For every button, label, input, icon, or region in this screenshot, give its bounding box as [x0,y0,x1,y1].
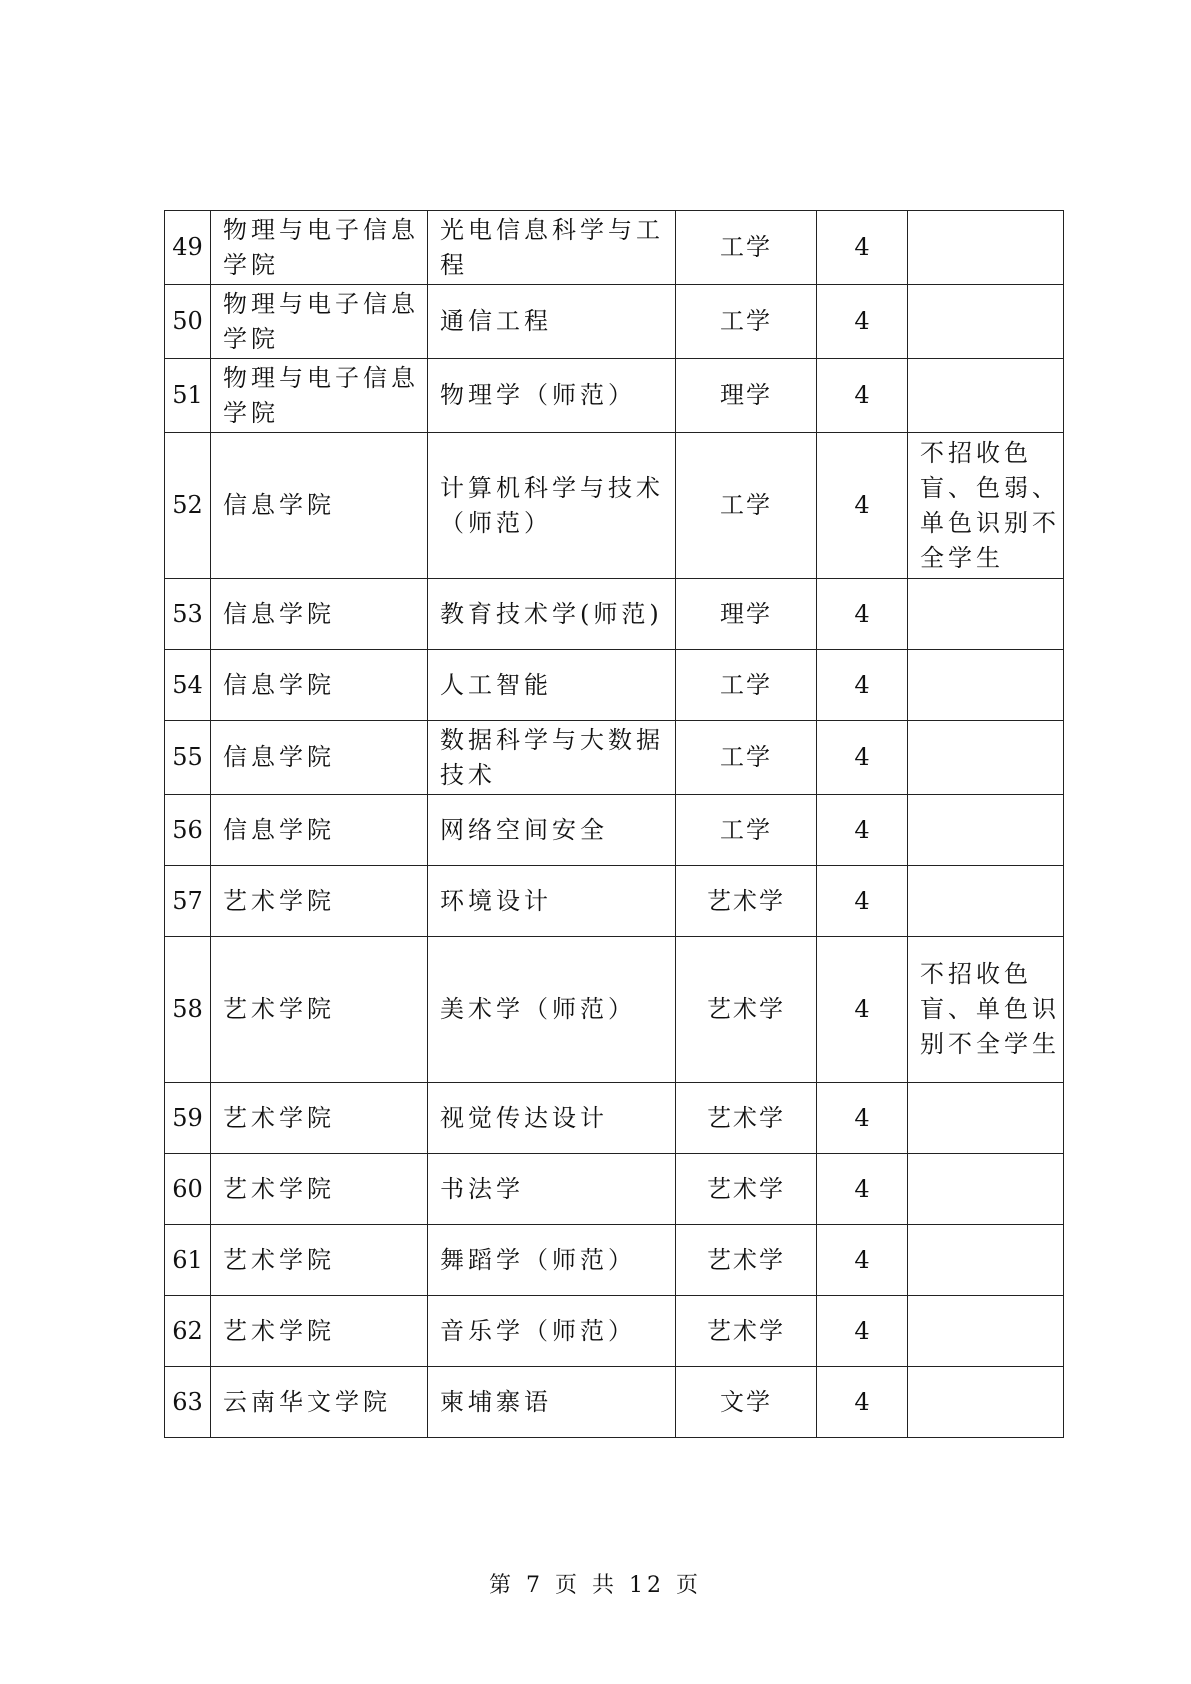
note-cell: 不招收色盲、单色识别不全学生 [908,937,1064,1083]
years-cell: 4 [817,1296,908,1367]
college-cell: 艺术学院 [211,1083,428,1154]
college-cell: 信息学院 [211,721,428,795]
category-cell: 理学 [676,359,817,433]
major-cell: 音乐学（师范） [428,1296,676,1367]
table-row: 58艺术学院美术学（师范）艺术学4不招收色盲、单色识别不全学生 [165,937,1064,1083]
row-number: 55 [165,721,211,795]
note-cell [908,1296,1064,1367]
years-cell: 4 [817,285,908,359]
table-row: 50物理与电子信息学院通信工程工学4 [165,285,1064,359]
table-row: 62艺术学院音乐学（师范）艺术学4 [165,1296,1064,1367]
college-cell: 信息学院 [211,650,428,721]
years-cell: 4 [817,433,908,579]
college-cell: 艺术学院 [211,937,428,1083]
table-row: 53信息学院教育技术学(师范)理学4 [165,579,1064,650]
years-cell: 4 [817,1225,908,1296]
table-row: 61艺术学院舞蹈学（师范）艺术学4 [165,1225,1064,1296]
table-body: 49物理与电子信息学院光电信息科学与工程工学450物理与电子信息学院通信工程工学… [165,211,1064,1438]
major-cell: 网络空间安全 [428,795,676,866]
major-cell: 视觉传达设计 [428,1083,676,1154]
category-cell: 艺术学 [676,937,817,1083]
years-cell: 4 [817,1083,908,1154]
years-cell: 4 [817,1367,908,1438]
table-row: 54信息学院人工智能工学4 [165,650,1064,721]
years-cell: 4 [817,650,908,721]
note-cell [908,650,1064,721]
note-cell [908,795,1064,866]
row-number: 49 [165,211,211,285]
years-cell: 4 [817,359,908,433]
table-row: 57艺术学院环境设计艺术学4 [165,866,1064,937]
years-cell: 4 [817,721,908,795]
note-cell [908,1083,1064,1154]
years-cell: 4 [817,937,908,1083]
category-cell: 艺术学 [676,1083,817,1154]
note-cell [908,359,1064,433]
category-cell: 艺术学 [676,1225,817,1296]
years-cell: 4 [817,579,908,650]
table-row: 52信息学院计算机科学与技术（师范）工学4不招收色盲、色弱、单色识别不全学生 [165,433,1064,579]
category-cell: 艺术学 [676,1154,817,1225]
major-cell: 光电信息科学与工程 [428,211,676,285]
note-cell [908,211,1064,285]
row-number: 63 [165,1367,211,1438]
college-cell: 云南华文学院 [211,1367,428,1438]
table-row: 63云南华文学院柬埔寨语文学4 [165,1367,1064,1438]
major-cell: 数据科学与大数据技术 [428,721,676,795]
category-cell: 工学 [676,721,817,795]
college-cell: 物理与电子信息学院 [211,359,428,433]
college-cell: 艺术学院 [211,1154,428,1225]
college-cell: 艺术学院 [211,1296,428,1367]
table-row: 55信息学院数据科学与大数据技术工学4 [165,721,1064,795]
major-cell: 环境设计 [428,866,676,937]
years-cell: 4 [817,866,908,937]
category-cell: 工学 [676,211,817,285]
row-number: 52 [165,433,211,579]
category-cell: 艺术学 [676,866,817,937]
category-cell: 工学 [676,285,817,359]
major-cell: 物理学（师范） [428,359,676,433]
major-cell: 书法学 [428,1154,676,1225]
note-cell [908,1154,1064,1225]
table-row: 59艺术学院视觉传达设计艺术学4 [165,1083,1064,1154]
college-cell: 物理与电子信息学院 [211,285,428,359]
years-cell: 4 [817,1154,908,1225]
row-number: 58 [165,937,211,1083]
note-cell [908,1225,1064,1296]
major-cell: 舞蹈学（师范） [428,1225,676,1296]
category-cell: 艺术学 [676,1296,817,1367]
majors-table: 49物理与电子信息学院光电信息科学与工程工学450物理与电子信息学院通信工程工学… [164,210,1064,1438]
table-row: 56信息学院网络空间安全工学4 [165,795,1064,866]
major-cell: 教育技术学(师范) [428,579,676,650]
major-cell: 人工智能 [428,650,676,721]
major-cell: 计算机科学与技术（师范） [428,433,676,579]
college-cell: 艺术学院 [211,866,428,937]
college-cell: 物理与电子信息学院 [211,211,428,285]
row-number: 60 [165,1154,211,1225]
years-cell: 4 [817,211,908,285]
note-cell [908,866,1064,937]
row-number: 59 [165,1083,211,1154]
college-cell: 信息学院 [211,795,428,866]
category-cell: 工学 [676,795,817,866]
table-row: 49物理与电子信息学院光电信息科学与工程工学4 [165,211,1064,285]
row-number: 54 [165,650,211,721]
major-cell: 柬埔寨语 [428,1367,676,1438]
row-number: 51 [165,359,211,433]
note-cell [908,721,1064,795]
college-cell: 信息学院 [211,433,428,579]
row-number: 53 [165,579,211,650]
category-cell: 工学 [676,650,817,721]
note-cell [908,579,1064,650]
college-cell: 艺术学院 [211,1225,428,1296]
table-row: 60艺术学院书法学艺术学4 [165,1154,1064,1225]
years-cell: 4 [817,795,908,866]
row-number: 62 [165,1296,211,1367]
major-cell: 美术学（师范） [428,937,676,1083]
note-cell [908,1367,1064,1438]
row-number: 61 [165,1225,211,1296]
major-cell: 通信工程 [428,285,676,359]
note-cell [908,285,1064,359]
table-row: 51物理与电子信息学院物理学（师范）理学4 [165,359,1064,433]
category-cell: 文学 [676,1367,817,1438]
college-cell: 信息学院 [211,579,428,650]
page-footer: 第 7 页 共 12 页 [0,1568,1191,1599]
category-cell: 理学 [676,579,817,650]
row-number: 50 [165,285,211,359]
note-cell: 不招收色盲、色弱、单色识别不全学生 [908,433,1064,579]
category-cell: 工学 [676,433,817,579]
row-number: 56 [165,795,211,866]
row-number: 57 [165,866,211,937]
